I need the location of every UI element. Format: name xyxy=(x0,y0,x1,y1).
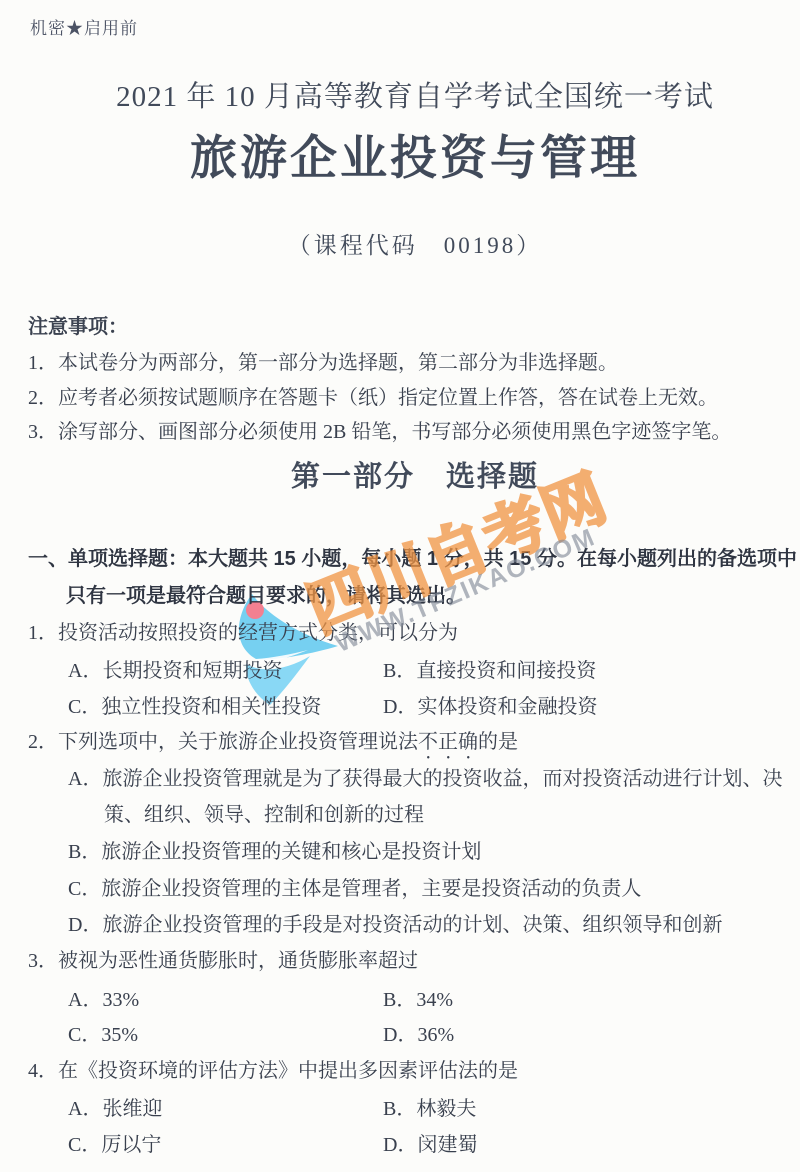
notice-item-2: 2．应考者必须按试题顺序在答题卡（纸）指定位置上作答，答在试卷上无效。 xyxy=(28,385,718,411)
classification-label: 机密★启用前 xyxy=(30,16,138,42)
question-2-option-d: D．旅游企业投资管理的手段是对投资活动的计划、决策、组织领导和创新 xyxy=(68,912,722,938)
question-1-option-a: A．长期投资和短期投资 xyxy=(68,658,282,684)
question-2-option-c: C．旅游企业投资管理的主体是管理者，主要是投资活动的负责人 xyxy=(68,876,641,902)
question-4-option-c: C．厉以宁 xyxy=(68,1132,161,1158)
question-2-stem-pre: 2．下列选项中，关于旅游企业投资管理说法 xyxy=(28,731,418,753)
notice-item-1: 1．本试卷分为两部分，第一部分为选择题，第二部分为非选择题。 xyxy=(28,350,618,376)
question-3-option-d: D．36% xyxy=(383,1022,454,1048)
part1-heading: 第一部分 选择题 xyxy=(0,464,800,490)
question-1-option-b: B．直接投资和间接投资 xyxy=(383,658,596,684)
exam-title: 2021 年 10 月高等教育自学考试全国统一考试 xyxy=(0,84,800,110)
question-2-stem: 2．下列选项中，关于旅游企业投资管理说法不正确的是 xyxy=(28,729,518,764)
question-2-option-a-line1: A．旅游企业投资管理就是为了获得最大的投资收益，而对投资活动进行计划、决 xyxy=(68,766,782,792)
exam-subject-title: 旅游企业投资与管理 xyxy=(0,146,800,172)
question-4-option-d: D．闵建蜀 xyxy=(383,1132,477,1158)
question-2-option-b: B．旅游企业投资管理的关键和核心是投资计划 xyxy=(68,839,481,865)
question-2-stem-emphasis: 不正确 xyxy=(418,731,478,753)
question-2-option-a-line2: 策、组织、领导、控制和创新的过程 xyxy=(104,802,424,828)
question-2-stem-post: 的是 xyxy=(478,731,518,753)
exam-paper-page: 四川自考网 WWW.TFZIKAO.COM 机密★启用前 2021 年 10 月… xyxy=(0,0,800,1172)
notice-heading: 注意事项： xyxy=(28,314,128,340)
sichuan-zikao-logo-icon xyxy=(212,592,344,710)
question-1-option-c: C．独立性投资和相关性投资 xyxy=(68,694,321,720)
question-1-stem: 1．投资活动按照投资的经营方式分类，可以分为 xyxy=(28,620,458,646)
question-4-option-a: A．张维迎 xyxy=(68,1096,162,1122)
question-3-stem: 3．被视为恶性通货膨胀时，通货膨胀率超过 xyxy=(28,948,418,974)
mcq-intro-line2: 只有一项是最符合题目要求的，请将其选出。 xyxy=(66,583,466,609)
question-4-stem: 4．在《投资环境的评估方法》中提出多因素评估法的是 xyxy=(28,1058,518,1084)
question-3-option-a: A．33% xyxy=(68,987,139,1013)
question-1-option-d: D．实体投资和金融投资 xyxy=(383,694,597,720)
mcq-intro-line1: 一、单项选择题：本大题共 15 小题，每小题 1 分，共 15 分。在每小题列出… xyxy=(28,546,797,572)
question-3-option-c: C．35% xyxy=(68,1022,138,1048)
notice-item-3: 3．涂写部分、画图部分必须使用 2B 铅笔，书写部分必须使用黑色字迹签字笔。 xyxy=(28,419,731,445)
question-4-option-b: B．林毅夫 xyxy=(383,1096,476,1122)
course-code: （课程代码 00198） xyxy=(0,233,800,259)
question-3-option-b: B．34% xyxy=(383,987,453,1013)
